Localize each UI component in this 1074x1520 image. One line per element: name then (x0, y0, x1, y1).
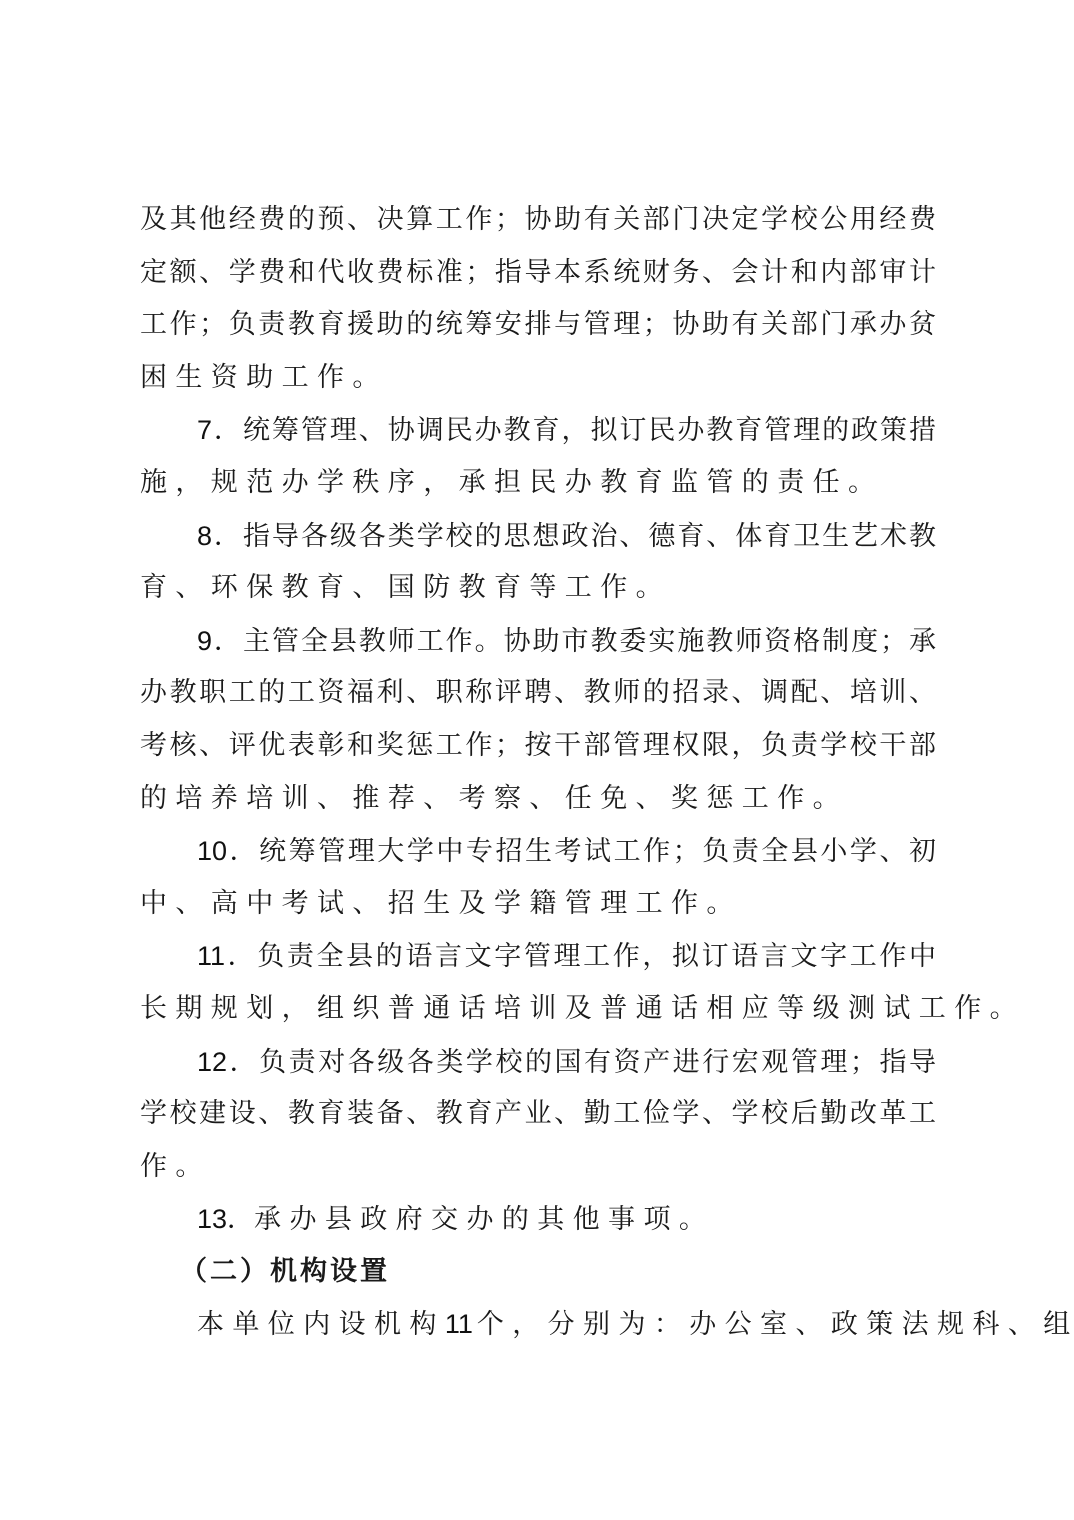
text-line: 考核、评优表彰和奖惩工作；按干部管理权限，负责学校干部 (140, 724, 936, 777)
text-line: 7．统筹管理、协调民办教育，拟订民办教育管理的政策措 (140, 408, 936, 461)
item-text: 负责对各级各类学校的国有资产进行宏观管理；指导 (259, 1047, 936, 1078)
org-count: 11 (445, 1309, 477, 1339)
text-line: 及其他经费的预、决算工作；协助有关部门决定学校公用经费 (140, 198, 936, 251)
text-line: 长期规划，组织普通话培训及普通话相应等级测试工作。 (140, 987, 936, 1040)
text-line: 困生资助工作。 (140, 356, 936, 409)
text-line: 9．主管全县教师工作。协助市教委实施教师资格制度；承 (140, 619, 936, 672)
section-heading: （二）机构设置 (140, 1250, 936, 1303)
item-text: 承办县政府交办的其他事项。 (254, 1204, 714, 1235)
text-line: 育、环保教育、国防教育等工作。 (140, 566, 936, 619)
item-number: 13． (197, 1204, 254, 1234)
item-text: 主管全县教师工作。协助市教委实施教师资格制度；承 (243, 626, 936, 657)
list-item-7: 7．统筹管理、协调民办教育，拟订民办教育管理的政策措 施，规范办学秩序，承担民办… (140, 408, 936, 513)
item-number: 11． (197, 941, 257, 971)
text-line: 11．负责全县的语言文字管理工作，拟订语言文字工作中 (140, 934, 936, 987)
item-text: 统筹管理、协调民办教育，拟订民办教育管理的政策措 (243, 415, 936, 446)
text-line: 13．承办县政府交办的其他事项。 (140, 1197, 936, 1250)
text-line: 施，规范办学秩序，承担民办教育监管的责任。 (140, 461, 936, 514)
text-line: 学校建设、教育装备、教育产业、勤工俭学、学校后勤改革工 (140, 1092, 936, 1145)
item-number: 9． (197, 626, 243, 656)
document-page: 及其他经费的预、决算工作；协助有关部门决定学校公用经费 定额、学费和代收费标准；… (140, 198, 936, 1355)
item-number: 12． (197, 1047, 259, 1077)
item-text: 指导各级各类学校的思想政治、德育、体育卫生艺术教 (243, 521, 936, 552)
text-line: 10．统筹管理大学中专招生考试工作；负责全县小学、初 (140, 829, 936, 882)
list-item-12: 12．负责对各级各类学校的国有资产进行宏观管理；指导 学校建设、教育装备、教育产… (140, 1040, 936, 1198)
item-number: 10． (197, 836, 259, 866)
org-text-prefix: 本单位内设机构 (197, 1309, 445, 1340)
paragraph-6-continuation: 及其他经费的预、决算工作；协助有关部门决定学校公用经费 定额、学费和代收费标准；… (140, 198, 936, 408)
org-text-suffix: 个，分别为：办公室、政策法规科、组 (477, 1309, 1074, 1340)
list-item-13: 13．承办县政府交办的其他事项。 (140, 1197, 936, 1250)
list-item-9: 9．主管全县教师工作。协助市教委实施教师资格制度；承 办教职工的工资福利、职称评… (140, 619, 936, 829)
list-item-8: 8．指导各级各类学校的思想政治、德育、体育卫生艺术教 育、环保教育、国防教育等工… (140, 514, 936, 619)
text-line: 工作；负责教育援助的统筹安排与管理；协助有关部门承办贫 (140, 303, 936, 356)
text-line: 作。 (140, 1145, 936, 1198)
item-text: 统筹管理大学中专招生考试工作；负责全县小学、初 (259, 836, 936, 867)
org-paragraph: 本单位内设机构11个，分别为：办公室、政策法规科、组 (140, 1302, 936, 1355)
item-number: 7． (197, 415, 243, 445)
item-number: 8． (197, 521, 243, 551)
list-item-10: 10．统筹管理大学中专招生考试工作；负责全县小学、初 中、高中考试、招生及学籍管… (140, 829, 936, 934)
list-item-11: 11．负责全县的语言文字管理工作，拟订语言文字工作中 长期规划，组织普通话培训及… (140, 934, 936, 1039)
text-line: 中、高中考试、招生及学籍管理工作。 (140, 882, 936, 935)
text-line: 办教职工的工资福利、职称评聘、教师的招录、调配、培训、 (140, 671, 936, 724)
text-line: 12．负责对各级各类学校的国有资产进行宏观管理；指导 (140, 1040, 936, 1093)
text-line: 定额、学费和代收费标准；指导本系统财务、会计和内部审计 (140, 251, 936, 304)
text-line: 的培养培训、推荐、考察、任免、奖惩工作。 (140, 777, 936, 830)
text-line: 8．指导各级各类学校的思想政治、德育、体育卫生艺术教 (140, 514, 936, 567)
item-text: 负责全县的语言文字管理工作，拟订语言文字工作中 (257, 941, 936, 972)
